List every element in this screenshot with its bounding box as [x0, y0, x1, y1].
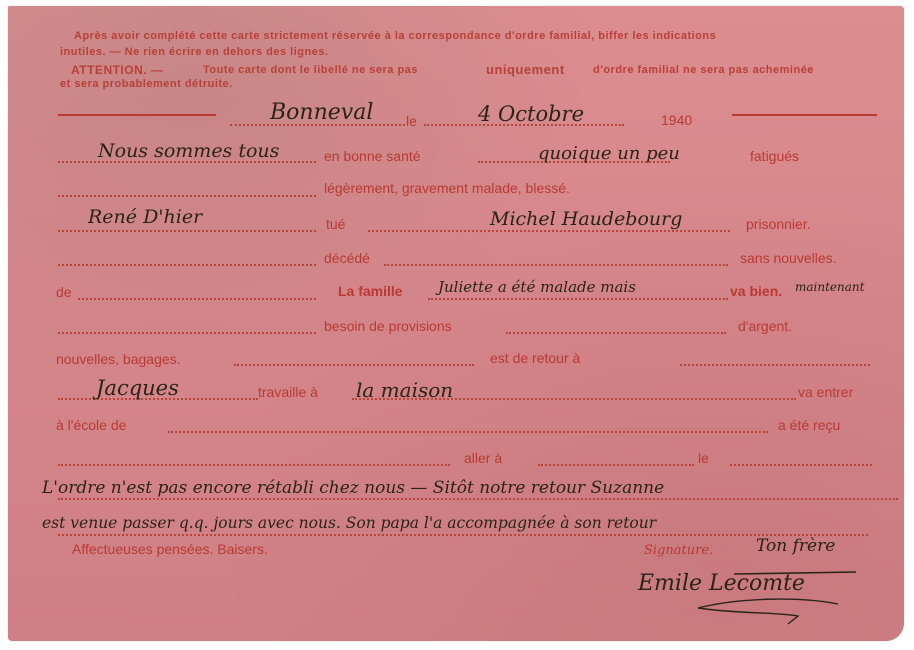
hw-text: Jacques: [96, 376, 179, 400]
dots: [58, 230, 316, 232]
hw-date: 4 Octobre: [478, 102, 584, 126]
dots: [78, 298, 316, 300]
printed-label: en bonne santé: [324, 148, 421, 164]
hw-text: Michel Haudebourg: [490, 208, 682, 230]
instruction-line-4: et sera probablement détruite.: [60, 78, 233, 90]
le-label: le: [406, 113, 417, 129]
hw-text: maintenant: [795, 280, 864, 294]
rule-left: [58, 114, 216, 116]
dots: [168, 431, 768, 433]
hw-text: quoique un peu: [538, 143, 680, 164]
printed-label: décédé: [324, 250, 370, 266]
dots: [680, 364, 870, 366]
rule-right: [732, 114, 877, 116]
printed-label: nouvelles, bagages.: [56, 351, 181, 367]
dots: [58, 332, 316, 334]
hw-freetext-line-1: L'ordre n'est pas encore rétabli chez no…: [42, 478, 664, 498]
hw-text: Nous sommes tous: [98, 140, 279, 162]
printed-label: de: [56, 284, 72, 300]
printed-label: a été reçu: [778, 417, 840, 433]
dots: [384, 264, 728, 266]
printed-label: le: [698, 450, 709, 466]
dots: [58, 464, 450, 466]
printed-label: La famille: [338, 283, 403, 299]
printed-label: travaille à: [258, 384, 318, 400]
hw-text: René D'hier: [88, 206, 202, 228]
attention-label: ATTENTION. —: [71, 63, 163, 77]
instruction-line-3b: d'ordre familial ne sera pas acheminée: [593, 64, 814, 76]
instruction-line-3a: Toute carte dont le libellé ne sera pas: [203, 64, 418, 76]
dots: [234, 364, 474, 366]
signature-label: Signature.: [644, 543, 713, 558]
dots: [58, 264, 316, 266]
hw-signature-note: Ton frère: [756, 536, 835, 556]
closing-text: Affectueuses pensées. Baisers.: [72, 541, 268, 557]
year: 1940: [661, 112, 692, 128]
printed-label: va entrer: [798, 384, 853, 400]
instruction-emphasis: uniquement: [486, 62, 565, 77]
printed-label: va bien.: [730, 283, 782, 299]
instruction-line-1: Après avoir complété cette carte stricte…: [74, 30, 716, 42]
dots: [368, 230, 730, 232]
dots: [58, 498, 898, 500]
dots: [58, 534, 868, 536]
hw-place: Bonneval: [270, 100, 373, 125]
hw-freetext-line-2: est venue passer q.q. jours avec nous. S…: [42, 514, 656, 532]
printed-label: d'argent.: [738, 318, 792, 334]
dots: [58, 195, 316, 197]
printed-label: prisonnier.: [746, 216, 811, 232]
dots: [506, 332, 726, 334]
hw-text: la maison: [356, 378, 453, 402]
dots: [538, 464, 694, 466]
printed-label: sans nouvelles.: [740, 250, 837, 266]
instruction-line-2: inutiles. — Ne rien écrire en dehors des…: [60, 46, 329, 58]
signature-flourish-icon: [638, 568, 878, 628]
printed-label: tué: [326, 216, 345, 232]
dots: [428, 298, 728, 300]
printed-label: légèrement, gravement malade, blessé.: [324, 180, 570, 196]
hw-text: Juliette a été malade mais: [438, 278, 636, 296]
printed-label: besoin de provisions: [324, 318, 452, 334]
printed-label: est de retour à: [490, 350, 580, 366]
printed-label: à l'école de: [56, 417, 126, 433]
dots: [730, 464, 872, 466]
printed-label: aller à: [464, 450, 502, 466]
printed-label: fatigués: [750, 148, 799, 164]
postcard: Après avoir complété cette carte stricte…: [8, 6, 904, 641]
